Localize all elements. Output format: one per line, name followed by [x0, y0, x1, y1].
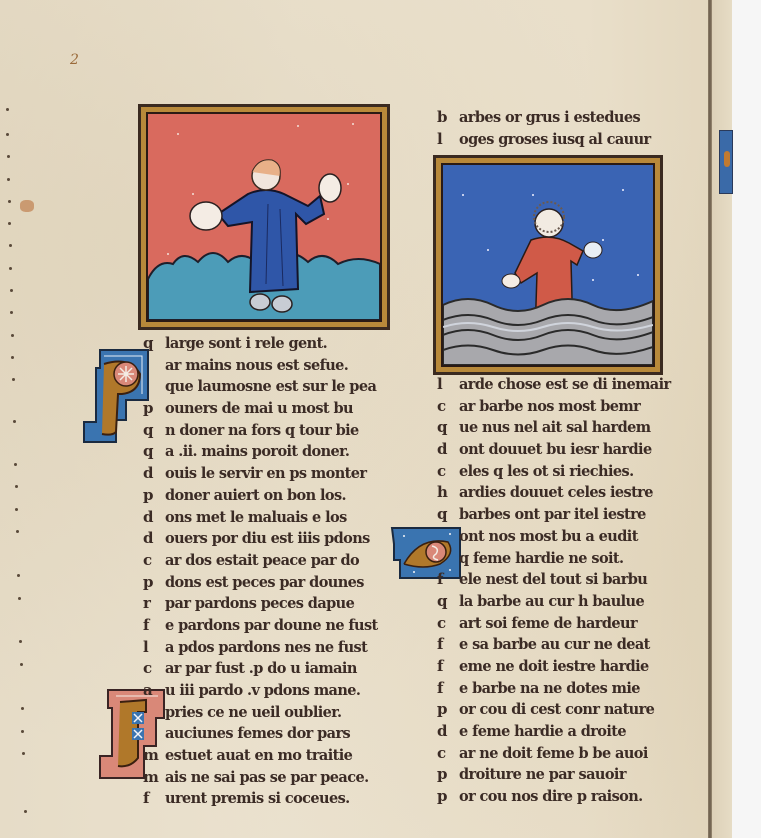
text-line: dons met le maluais e los — [143, 507, 413, 529]
text-line: q feme hardie ne soit. — [437, 548, 677, 570]
text-line: larde chose est se di inemair — [437, 374, 677, 396]
pricking-hole — [14, 463, 17, 466]
text-line: fe pardons par doune ne fust — [143, 615, 413, 637]
text-line: que nus nel ait sal hardem — [437, 417, 677, 439]
text-line: au iii pardo .v pdons mane. — [143, 680, 413, 702]
text-line: fe barbe na ne dotes mie — [437, 678, 677, 700]
miniature-right — [433, 155, 663, 375]
pricking-hole — [15, 508, 18, 511]
decorated-initial-p-blue — [82, 348, 152, 444]
text-line: qla barbe au cur h baulue — [437, 591, 677, 613]
text-column-right: larde chose est se di inemair car barbe … — [437, 374, 677, 808]
text-line: por cou nos dire p raison. — [437, 786, 677, 808]
pricking-hole — [12, 378, 15, 381]
text-column-left: qlarge sont i rele gent. ar mains nous e… — [143, 333, 413, 810]
text-line: dont douuet bu iesr hardie — [437, 439, 677, 461]
text-line: feme ne doit iestre hardie — [437, 656, 677, 678]
text-line: celes q les ot si riechies. — [437, 461, 677, 483]
text-line: qbarbes ont par itel iestre — [437, 504, 677, 526]
pricking-hole — [19, 640, 22, 643]
text-line: cart soi feme de hardeur — [437, 613, 677, 635]
pricking-hole — [7, 178, 10, 181]
figure-blue-robe-illustration — [148, 114, 380, 320]
pricking-hole — [20, 663, 23, 666]
text-line: ar mains nous est sefue. — [143, 355, 413, 377]
text-line: pouners de mai u most bu — [143, 398, 413, 420]
pricking-hole — [10, 289, 13, 292]
text-line: de feme hardie a droite — [437, 721, 677, 743]
text-line: barbes or grus i estedues — [437, 107, 677, 129]
text-line: qn doner na fors q tour bie — [143, 420, 413, 442]
pricking-hole — [6, 108, 9, 111]
text-line: qlarge sont i rele gent. — [143, 333, 413, 355]
pricking-hole — [9, 244, 12, 247]
text-line: pdoner auiert on bon los. — [143, 485, 413, 507]
pricking-hole — [11, 356, 14, 359]
text-column-right-top: barbes or grus i estedues loges groses i… — [437, 107, 677, 150]
pricking-hole — [17, 574, 20, 577]
text-line: douis le servir en ps monter — [143, 463, 413, 485]
text-line: fe sa barbe au cur ne deat — [437, 634, 677, 656]
text-line: rpar pardons peces dapue — [143, 593, 413, 615]
figure-red-robe-illustration — [443, 165, 653, 365]
text-line: loges groses iusq al cauur — [437, 129, 677, 151]
text-line: mestuet auat en mo traitie — [143, 745, 413, 767]
text-line: car ne doit feme b be auoi — [437, 743, 677, 765]
text-line: mais ne sai pas se par peace. — [143, 767, 413, 789]
text-line: hardies douuet celes iestre — [437, 482, 677, 504]
pricking-hole — [16, 530, 19, 533]
pricking-hole — [24, 810, 27, 813]
pricking-hole — [11, 334, 14, 337]
pricking-hole — [22, 752, 25, 755]
text-line: furent premis si coceues. — [143, 788, 413, 810]
text-line: la pdos pardons nes ne fust — [143, 637, 413, 659]
pricking-hole — [18, 597, 21, 600]
ink-stain — [20, 200, 34, 212]
pricking-hole — [8, 200, 11, 203]
text-line: pdons est peces par dounes — [143, 572, 413, 594]
facing-page-edge — [712, 0, 732, 838]
text-line: pries ce ne ueil oublier. — [143, 702, 413, 724]
folio-number: 2 — [70, 52, 79, 68]
manuscript-page: 2 — [0, 0, 732, 838]
text-line: pdroiture ne par sauoir — [437, 764, 677, 786]
text-line: qa .ii. mains poroit doner. — [143, 441, 413, 463]
pricking-hole — [21, 707, 24, 710]
text-line: car par fust .p do u iamain — [143, 658, 413, 680]
text-line: que laumosne est sur le pea — [143, 376, 413, 398]
text-line: ont nos most bu a eudit — [437, 526, 677, 548]
pricking-hole — [7, 155, 10, 158]
pricking-hole — [13, 420, 16, 423]
text-line: fele nest del tout si barbu — [437, 569, 677, 591]
pricking-hole — [15, 485, 18, 488]
pricking-hole — [21, 730, 24, 733]
facing-page-initial-fragment — [719, 130, 733, 194]
text-line: car dos estait peace par do — [143, 550, 413, 572]
pricking-hole — [9, 267, 12, 270]
text-line: por cou di cest conr nature — [437, 699, 677, 721]
miniature-left — [138, 104, 390, 330]
text-line: car barbe nos most bemr — [437, 396, 677, 418]
pricking-hole — [10, 311, 13, 314]
text-line: douers por diu est iiis pdons — [143, 528, 413, 550]
pricking-hole — [8, 222, 11, 225]
text-line: auciunes femes dor pars — [143, 723, 413, 745]
pricking-hole — [6, 133, 9, 136]
